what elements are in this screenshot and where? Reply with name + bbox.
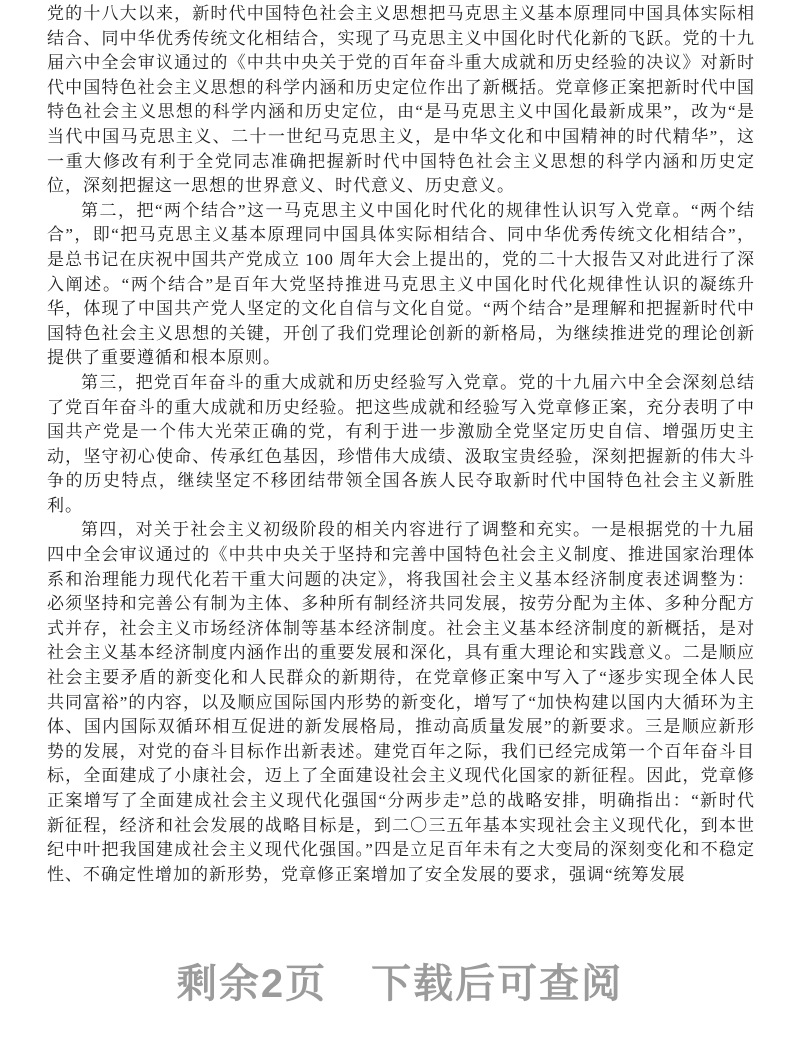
paragraph-second-point: 第二，把“两个结合”这一马克思主义中国化时代化的规律性认识写入党章。“两个结合”…	[47, 199, 755, 371]
document-body: 党的十八大以来，新时代中国特色社会主义思想把马克思主义基本原理同中国具体实际相结…	[0, 0, 800, 887]
remaining-pages-notice: 剩余2页下载后可查阅	[0, 952, 800, 1009]
paragraph-continuation: 党的十八大以来，新时代中国特色社会主义思想把马克思主义基本原理同中国具体实际相结…	[47, 2, 755, 199]
document-page: 党的十八大以来，新时代中国特色社会主义思想把马克思主义基本原理同中国具体实际相结…	[0, 0, 800, 1059]
paragraph-fourth-point: 第四，对关于社会主义初级阶段的相关内容进行了调整和充实。一是根据党的十九届四中全…	[47, 518, 755, 887]
paragraph-third-point: 第三，把党百年奋斗的重大成就和历史经验写入党章。党的十九届六中全会深刻总结了党百…	[47, 371, 755, 519]
remaining-pages-count: 剩余2页	[177, 962, 327, 1006]
download-to-view-hint: 下载后可查阅	[371, 962, 623, 1006]
